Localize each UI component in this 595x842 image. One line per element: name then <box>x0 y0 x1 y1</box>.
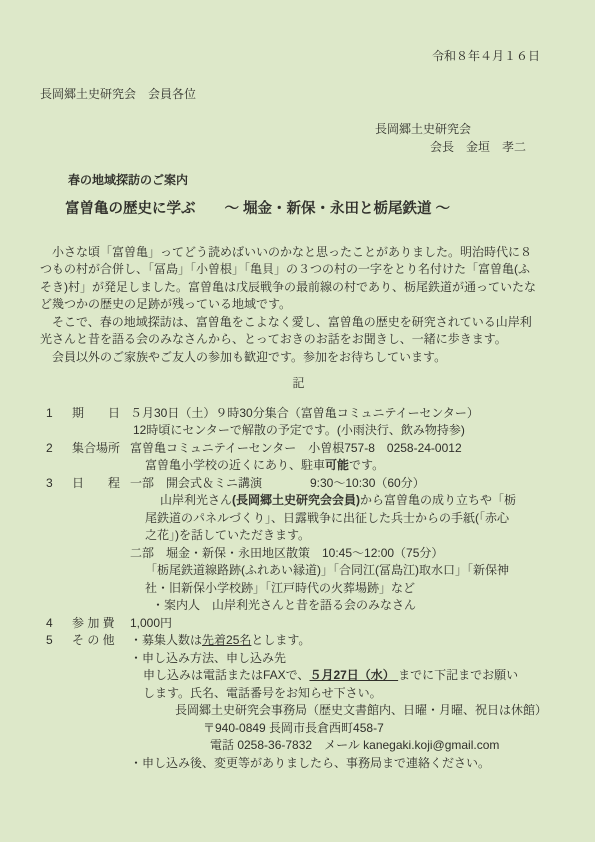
text-line: 社・旧新保小学校跡」「江戸時代の火葬場跡」など <box>130 580 557 598</box>
text-line: そこで、春の地域探訪は、富曽亀をこよなく愛し、富曽亀の歴史を研究されている山岸利 <box>40 314 557 332</box>
text-segment: 富曽亀小学校の近くにあり、駐車 <box>145 458 325 472</box>
text-line: 富曽亀小学校の近くにあり、駐車可能です。 <box>130 457 557 475</box>
text-segment: とします。 <box>251 633 310 647</box>
notice-document-page: 令和８年４月１６日 長岡郷土史研究会 会員各位 長岡郷土史研究会 会長 金垣 孝… <box>0 0 595 842</box>
list-item-fee: 4 参 加 費 1,000円 <box>40 615 557 633</box>
text-line: つもの村が合併し、「冨島」「小曽根」「亀貝」の３つの村の一字をとり名付けた「富曽… <box>40 261 557 279</box>
notice-lead-heading: 春の地域探訪のご案内 <box>68 172 557 190</box>
item-label: 期 日 <box>72 405 120 423</box>
text-line: 之花」)を話していただきます。 <box>130 527 557 545</box>
item-number: 1 <box>40 405 72 423</box>
text-line: 電話 0258-36-7832 メール kanegaki.koji@gmail.… <box>130 737 557 755</box>
text-line: 12時頃にセンターで解散の予定です。(小雨決行、飲み物持参) <box>130 422 557 440</box>
text-line: 〒940-0849 長岡市長倉西町458-7 <box>130 720 557 738</box>
item-content: 一部 開会式＆ミニ講演 9:30～10:30（60分） 山岸利光さん(長岡郷土史… <box>130 475 557 615</box>
item-content: 1,000円 <box>130 615 557 633</box>
item-number: 4 <box>40 615 72 633</box>
text-segment-underline: 先着25名 <box>202 633 251 647</box>
intro-paragraph-1: 小さな頃「富曽亀」ってどう読めばいいのかなと思ったことがありました。明治時代に８… <box>40 244 557 314</box>
text-line: ど幾つかの歴史の足跡が残っている地域です。 <box>40 296 557 314</box>
text-line: 富曽亀コミュニテイーセンター 小曽根757-8 0258-24-0012 <box>130 440 557 458</box>
text-line: そき)村」が発足しました。富曽亀は戊辰戦争の最前線の村であり、栃尾鉄道が通ってい… <box>40 279 557 297</box>
item-label: そ の 他 <box>72 632 120 650</box>
text-line: 会員以外のご家族やご友人の参加も歓迎です。参加をお待ちしています。 <box>40 349 557 367</box>
item-content: 富曽亀コミュニテイーセンター 小曽根757-8 0258-24-0012 富曽亀… <box>130 440 557 475</box>
text-line: 尾鉄道のパネルづくり」、日露戦争に出征した兵士からの手紙(「赤心 <box>130 510 557 528</box>
item-label: 日 程 <box>72 475 120 493</box>
item-content: ５月30日（土）９時30分集合（富曽亀コミュニテイーセンター） 12時頃にセンタ… <box>130 405 557 440</box>
text-segment-bold-underline: ５月27日（水） <box>309 668 398 682</box>
text-line: 「栃尾鉄道線路跡(ふれあい縁道)」「合同江(冨島江)取水口」「新保神 <box>130 562 557 580</box>
text-line: 二部 堀金・新保・永田地区散策 10:45～12:00（75分） <box>130 545 557 563</box>
intro-paragraph-2: そこで、春の地域探訪は、富曽亀をこよなく愛し、富曽亀の歴史を研究されている山岸利… <box>40 314 557 367</box>
text-line: 申し込みは電話またはFAXで、５月27日（水） までに下記までお願い <box>130 667 557 685</box>
text-line: ・申し込み後、変更等がありましたら、事務局まで連絡ください。 <box>130 755 557 773</box>
sender-president: 会長 金垣 孝二 <box>430 139 557 157</box>
text-line: 小さな頃「富曽亀」ってどう読めばいいのかなと思ったことがありました。明治時代に８ <box>40 244 557 262</box>
text-line: ・申し込み方法、申し込み先 <box>130 650 557 668</box>
list-item-schedule: 3 日 程 一部 開会式＆ミニ講演 9:30～10:30（60分） 山岸利光さん… <box>40 475 557 615</box>
list-item-meeting-place: 2 集合場所 富曽亀コミュニテイーセンター 小曽根757-8 0258-24-0… <box>40 440 557 475</box>
text-segment: までに下記までお願い <box>398 668 518 682</box>
recipient-line: 長岡郷土史研究会 会員各位 <box>40 86 557 104</box>
record-mark: 記 <box>40 375 557 393</box>
sender-organization: 長岡郷土史研究会 <box>375 121 557 139</box>
text-segment: です。 <box>349 458 384 472</box>
text-line: 長岡郷土史研究会事務局（歴史文書館内、日曜・月曜、祝日は休館） <box>130 702 557 720</box>
item-label: 集合場所 <box>72 440 120 458</box>
text-segment-bold: (長岡郷土史研究会会員) <box>232 493 360 507</box>
text-segment-bold: 可能 <box>325 458 349 472</box>
text-line: します。氏名、電話番号をお知らせ下さい。 <box>130 685 557 703</box>
list-item-other: 5 そ の 他 ・募集人数は先着25名とします。 ・申し込み方法、申し込み先 申… <box>40 632 557 772</box>
item-number: 3 <box>40 475 72 493</box>
item-number: 2 <box>40 440 72 458</box>
text-segment: 申し込みは電話またはFAXで、 <box>143 668 309 682</box>
text-segment: から富曽亀の成り立ちや「栃 <box>360 493 516 507</box>
text-line: 1,000円 <box>130 615 557 633</box>
item-content: ・募集人数は先着25名とします。 ・申し込み方法、申し込み先 申し込みは電話また… <box>130 632 557 772</box>
item-label: 参 加 費 <box>72 615 120 633</box>
text-segment: ・募集人数は <box>130 633 202 647</box>
notice-main-title: 富曽亀の歴史に学ぶ ～ 堀金・新保・永田と栃尾鉄道 ～ <box>65 198 557 220</box>
item-number: 5 <box>40 632 72 650</box>
list-item-date: 1 期 日 ５月30日（土）９時30分集合（富曽亀コミュニテイーセンター） 12… <box>40 405 557 440</box>
text-line: 山岸利光さん(長岡郷土史研究会会員)から富曽亀の成り立ちや「栃 <box>130 492 557 510</box>
text-line: ・案内人 山岸利光さんと昔を語る会のみなさん <box>130 597 557 615</box>
text-line: 光さんと昔を語る会のみなさんから、とっておきのお話をお聞きし、一緒に歩きます。 <box>40 331 557 349</box>
document-date: 令和８年４月１６日 <box>40 48 557 66</box>
text-segment: 山岸利光さん <box>160 493 232 507</box>
text-line: 一部 開会式＆ミニ講演 9:30～10:30（60分） <box>130 475 557 493</box>
text-line: ・募集人数は先着25名とします。 <box>130 632 557 650</box>
text-line: ５月30日（土）９時30分集合（富曽亀コミュニテイーセンター） <box>130 405 557 423</box>
